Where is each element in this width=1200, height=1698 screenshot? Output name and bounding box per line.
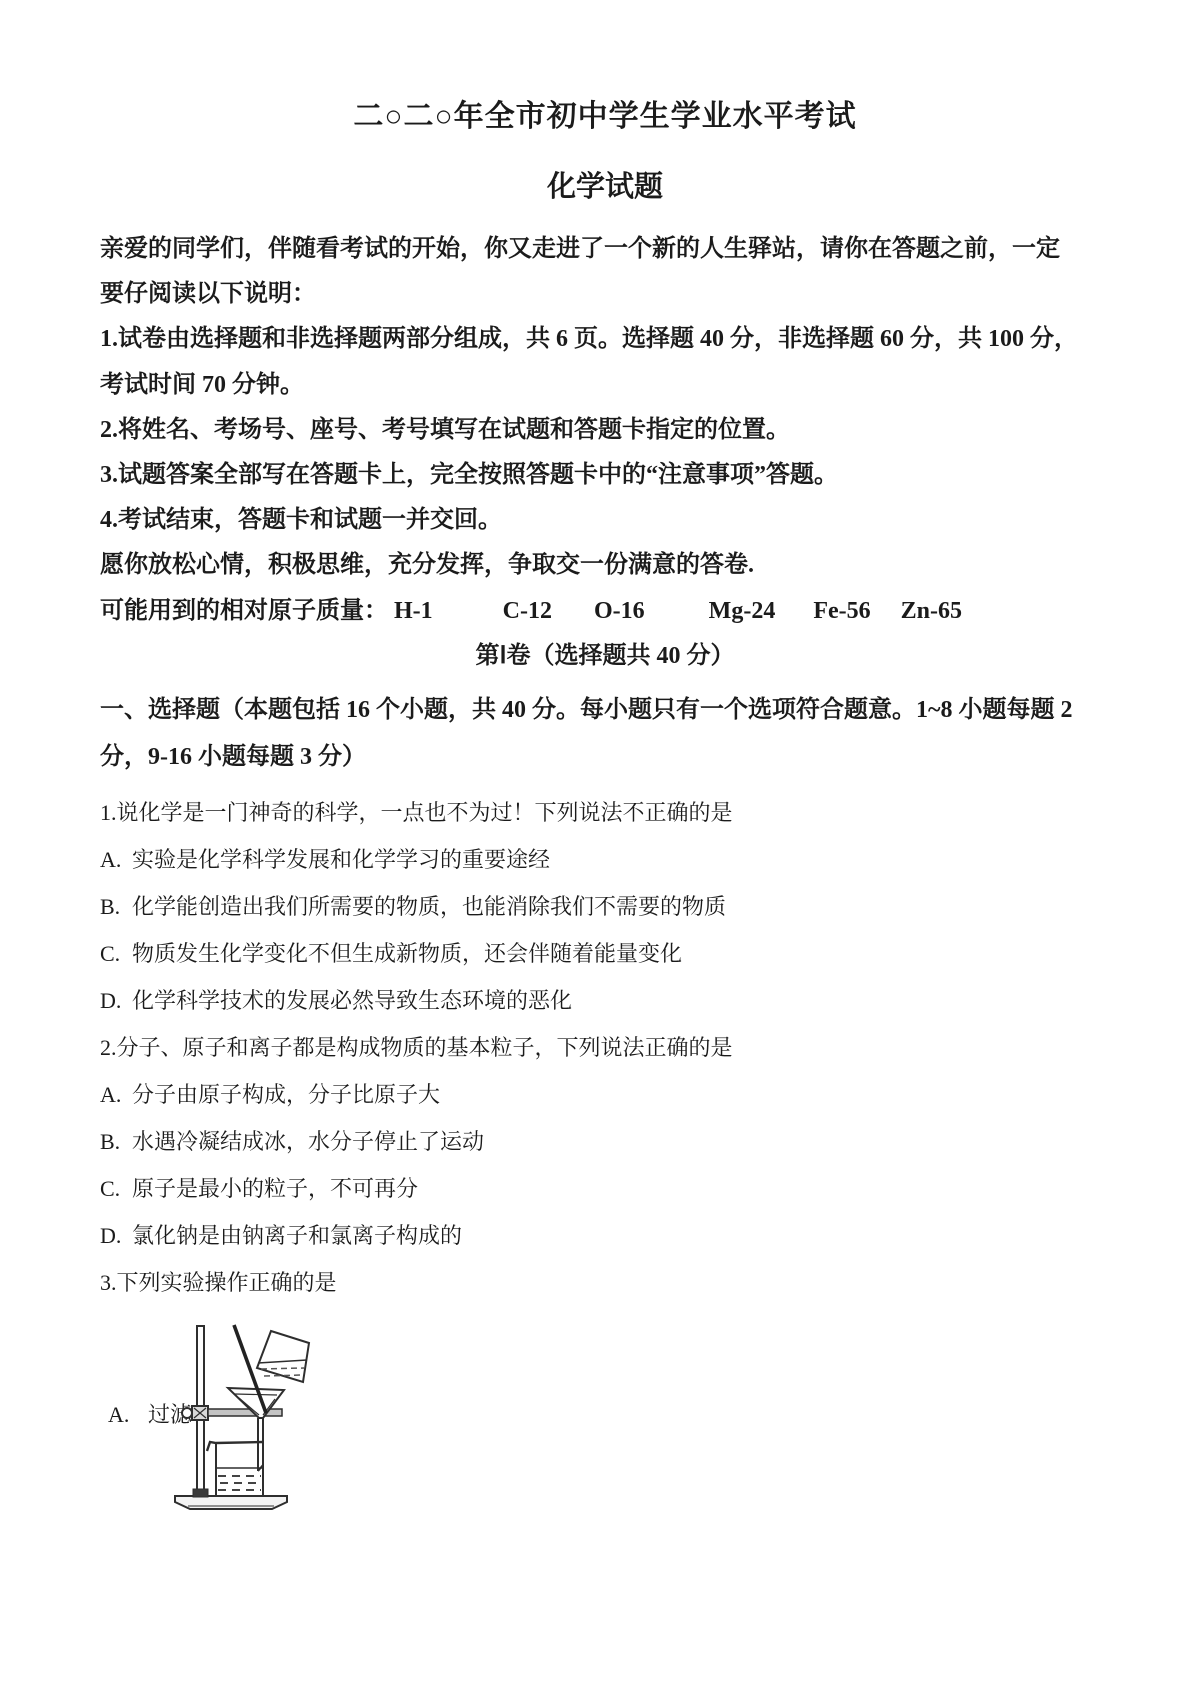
option-text: 物质发生化学变化不但生成新物质，还会伴随着能量变化	[132, 941, 682, 966]
exam-title: 二○二○年全市初中学生学业水平考试	[100, 100, 1110, 134]
pouring-beaker	[257, 1331, 309, 1382]
question-2-option-a: A.分子由原子构成，分子比原子大	[100, 1071, 1110, 1118]
collection-beaker	[207, 1442, 263, 1496]
instruction-line: 4.考试结束，答题卡和试题一并交回。	[100, 498, 1110, 543]
option-text: 化学能创造出我们所需要的物质，也能消除我们不需要的物质	[132, 894, 726, 919]
question-3-stem: 3.下列实验操作正确的是	[100, 1259, 1110, 1306]
option-text: 分子由原子构成，分子比原子大	[132, 1082, 440, 1107]
option-label: D.	[100, 1212, 132, 1259]
instruction-line: 3.试题答案全部写在答题卡上，完全按照答题卡中的“注意事项”答题。	[100, 453, 1110, 498]
option-text: 水遇冷凝结成冰，水分子停止了运动	[132, 1129, 484, 1154]
question-1-option-b: B.化学能创造出我们所需要的物质，也能消除我们不需要的物质	[100, 883, 1110, 930]
question-list: 1.说化学是一门神奇的科学，一点也不为过！下列说法不正确的是 A.实验是化学科学…	[100, 789, 1110, 1511]
question-1-option-d: D.化学科学技术的发展必然导致生态环境的恶化	[100, 977, 1110, 1024]
question-1-option-c: C.物质发生化学变化不但生成新物质，还会伴随着能量变化	[100, 930, 1110, 977]
subject-title: 化学试题	[100, 170, 1110, 204]
section-1-description: 一、选择题（本题包括 16 个小题，共 40 分。每小题只有一个选项符合题意。1…	[100, 687, 1110, 781]
option-label: A.	[100, 1071, 132, 1118]
atomic-mass-value: C-12	[503, 589, 552, 634]
atomic-mass-value: Fe-56	[813, 589, 870, 634]
option-label: C.	[100, 1165, 132, 1212]
atomic-masses-label: 可能用到的相对原子质量：	[100, 598, 388, 624]
option-label: D.	[100, 977, 132, 1024]
question-1-stem: 1.说化学是一门神奇的科学，一点也不为过！下列说法不正确的是	[100, 789, 1110, 836]
preamble-line: 亲爱的同学们，伴随看考试的开始，你又走进了一个新的人生驿站，请你在答题之前，一定	[100, 227, 1110, 272]
question-1-option-a: A.实验是化学科学发展和化学学习的重要途经	[100, 836, 1110, 883]
question-2-option-b: B.水遇冷凝结成冰，水分子停止了运动	[100, 1118, 1110, 1165]
document-content: 二○二○年全市初中学生学业水平考试 化学试题 亲爱的同学们，伴随看考试的开始，你…	[100, 100, 1110, 1511]
question-2-stem: 2.分子、原子和离子都是构成物质的基本粒子，下列说法正确的是	[100, 1024, 1110, 1071]
question-2-option-d: D.氯化钠是由钠离子和氯离子构成的	[100, 1212, 1110, 1259]
option-label: A.	[108, 1402, 148, 1428]
funnel	[228, 1388, 284, 1471]
section-description-line: 分，9-16 小题每题 3 分）	[100, 734, 1110, 781]
option-text: 化学科学技术的发展必然导致生态环境的恶化	[132, 988, 572, 1013]
section-description-line: 一、选择题（本题包括 16 个小题，共 40 分。每小题只有一个选项符合题意。1…	[100, 687, 1110, 734]
option-text: 实验是化学科学发展和化学学习的重要途经	[132, 847, 550, 872]
exam-document: 二○二○年全市初中学生学业水平考试 化学试题 亲爱的同学们，伴随看考试的开始，你…	[0, 0, 1200, 1698]
atomic-mass-value: H-1	[394, 589, 433, 634]
option-label: B.	[100, 1118, 132, 1165]
option-label: C.	[100, 930, 132, 977]
question-3-option-a-figure-row: A.过滤	[100, 1306, 1110, 1511]
filtration-apparatus-figure	[160, 1310, 400, 1510]
instruction-line: 1.试卷由选择题和非选择题两部分组成，共 6 页。选择题 40 分，非选择题 6…	[100, 317, 1110, 362]
atomic-masses-line: 可能用到的相对原子质量：H-1C-12O-16Mg-24Fe-56Zn-65	[100, 589, 1110, 634]
atomic-mass-value: Zn-65	[901, 589, 962, 634]
option-label: B.	[100, 883, 132, 930]
question-2-option-c: C.原子是最小的粒子，不可再分	[100, 1165, 1110, 1212]
option-text: 原子是最小的粒子，不可再分	[132, 1176, 418, 1201]
section-1-header: 第Ⅰ卷（选择题共 40 分）	[100, 634, 1110, 679]
instruction-line: 考试时间 70 分钟。	[100, 363, 1110, 408]
preamble: 亲爱的同学们，伴随看考试的开始，你又走进了一个新的人生驿站，请你在答题之前，一定…	[100, 227, 1110, 679]
option-label: A.	[100, 836, 132, 883]
preamble-line: 要仔阅读以下说明：	[100, 272, 1110, 317]
instruction-line: 2.将姓名、考场号、座号、考号填写在试题和答题卡指定的位置。	[100, 408, 1110, 453]
wish-line: 愿你放松心情，积极思维，充分发挥，争取交一份满意的答卷.	[100, 543, 1110, 588]
atomic-mass-value: Mg-24	[709, 589, 776, 634]
atomic-mass-value: O-16	[594, 589, 645, 634]
option-text: 氯化钠是由钠离子和氯离子构成的	[132, 1223, 462, 1248]
